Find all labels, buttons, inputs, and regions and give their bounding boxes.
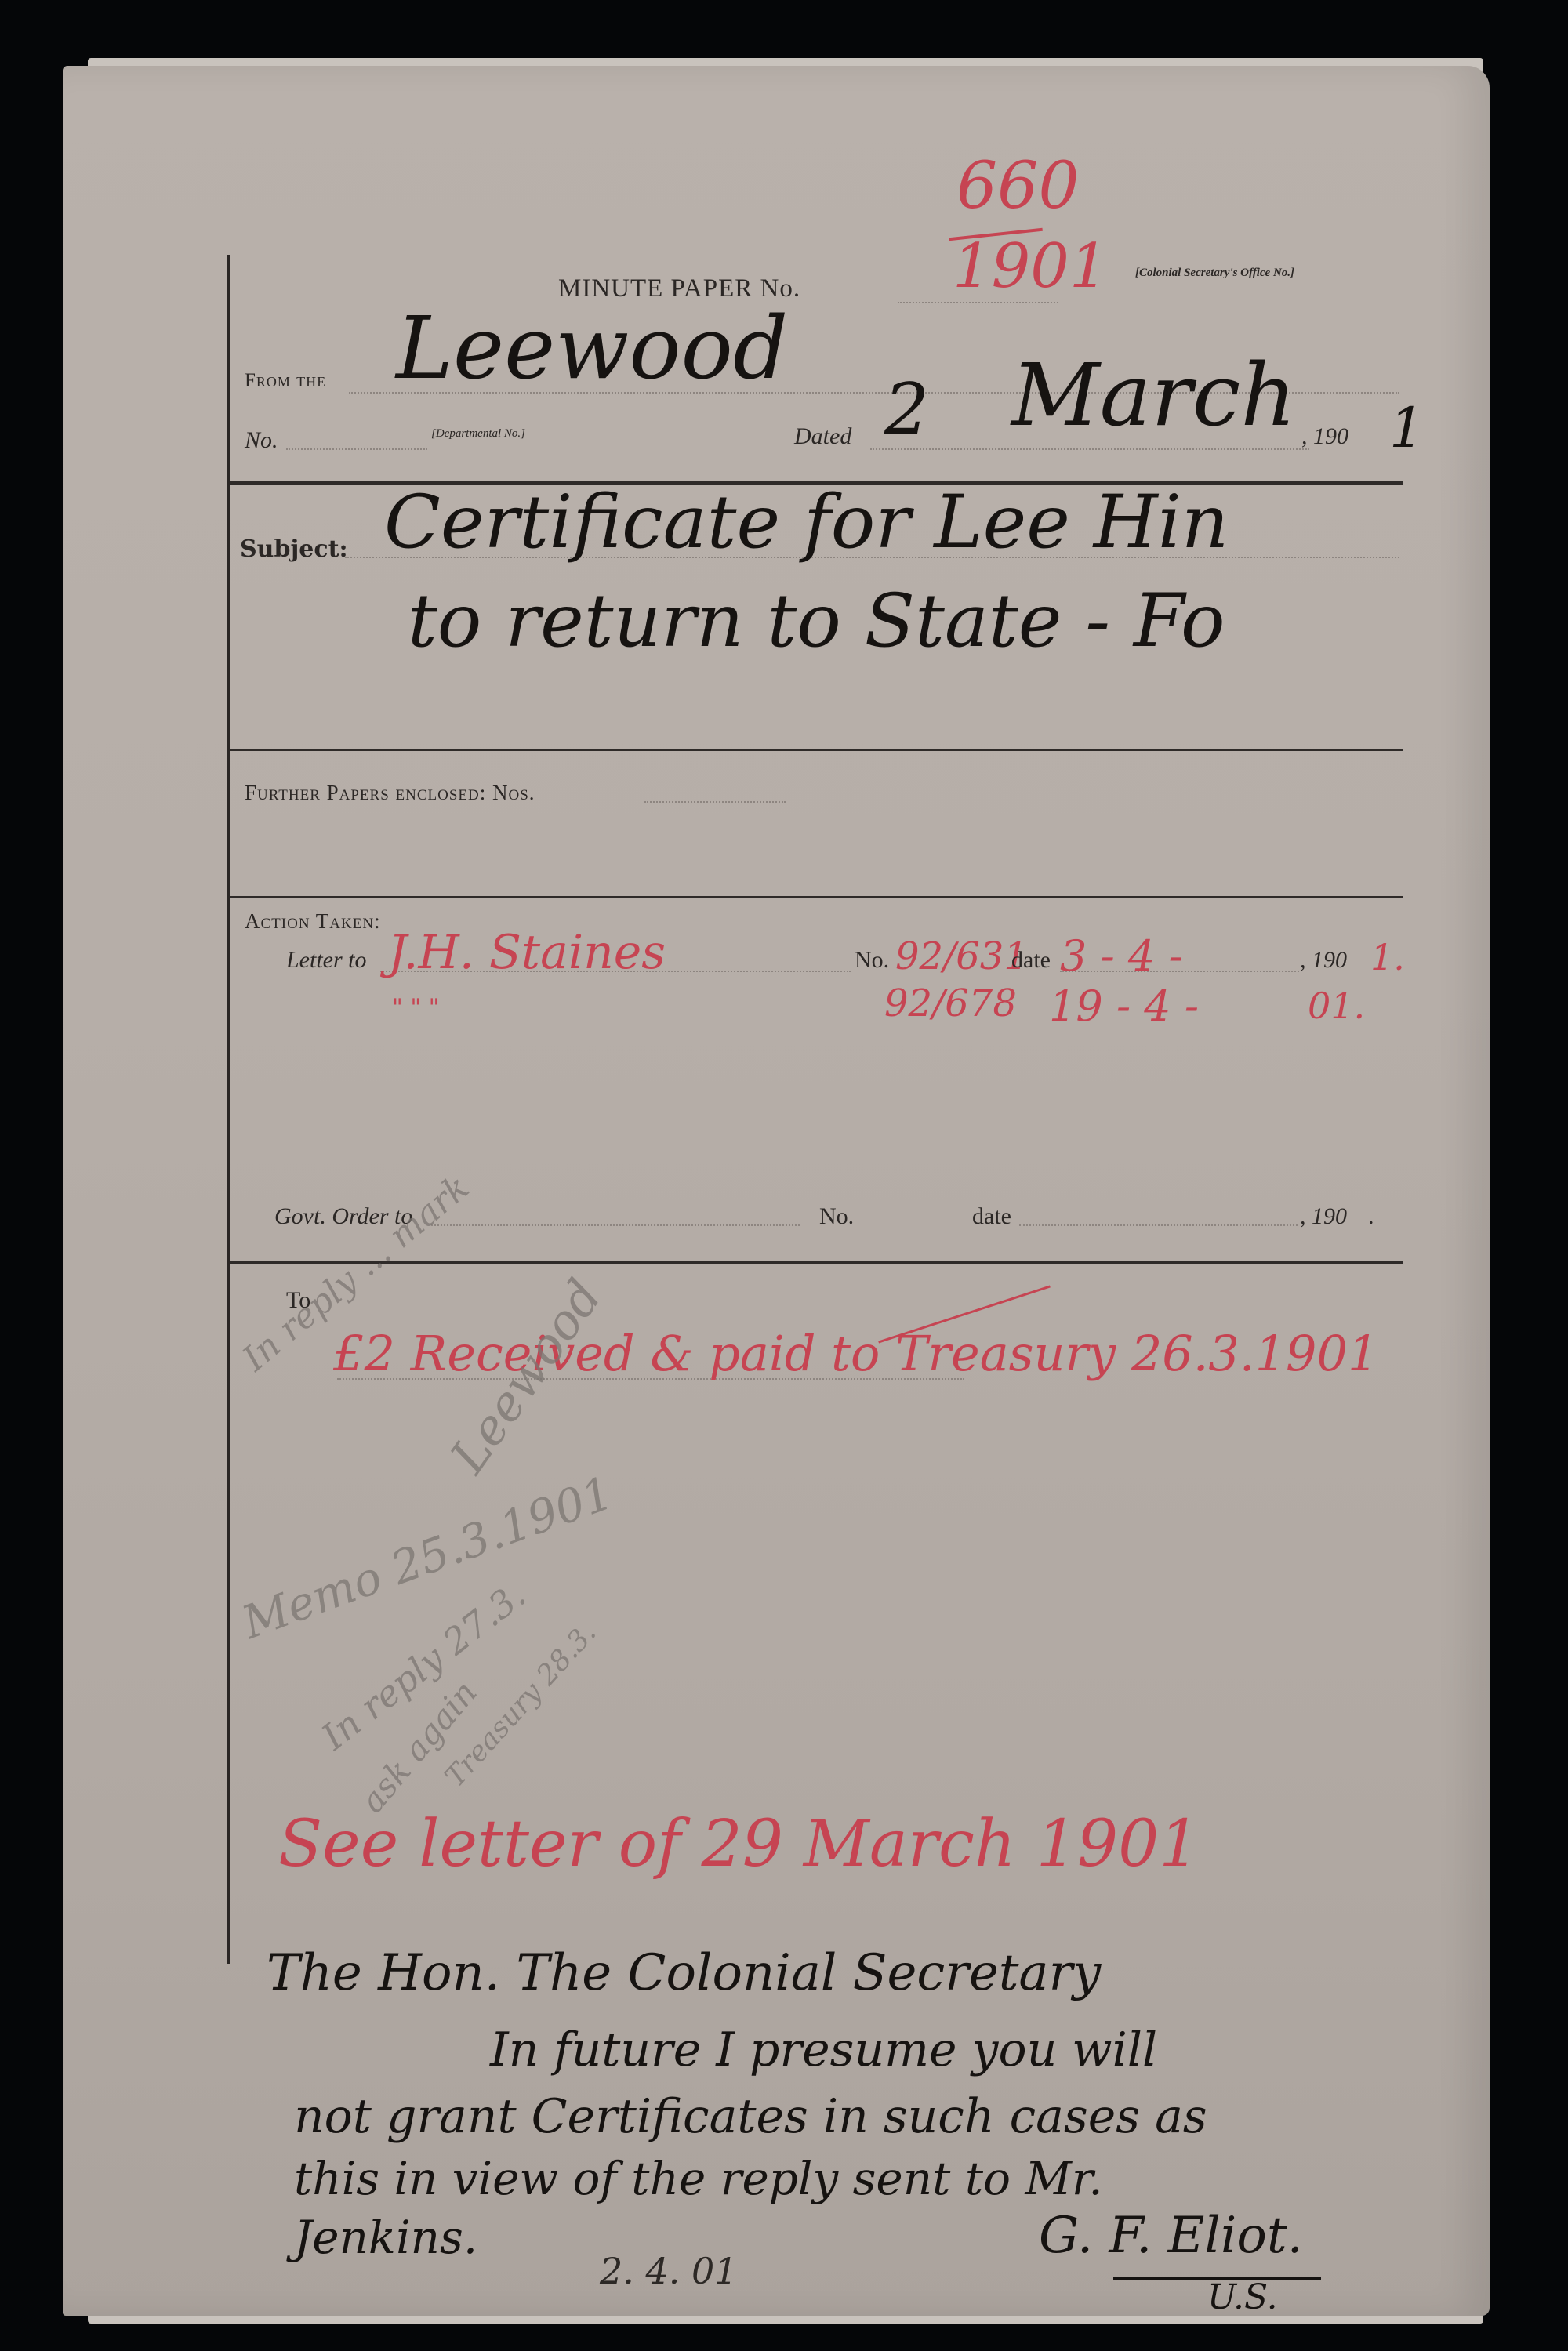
rule-after-subject: [230, 749, 1403, 751]
departmental-no-label: [Departmental No.]: [431, 427, 525, 441]
dated-month: March: [1011, 345, 1296, 445]
govt-date-label: date: [972, 1203, 1011, 1230]
subject-label: Subject:: [240, 535, 348, 563]
action-taken-label: Action Taken:: [245, 909, 381, 934]
letter-date-1: 3 - 4 -: [1060, 931, 1183, 981]
letter-year-2: 01.: [1308, 985, 1365, 1027]
dated-dotted-line: [870, 448, 1309, 450]
further-papers-dotted-line: [644, 801, 786, 803]
memo-line-1: In future I presume you will: [490, 2023, 1157, 2077]
from-label: From the: [245, 370, 326, 392]
letter-no-1: 92/631: [895, 934, 1028, 978]
memo-line-4: Jenkins.: [294, 2211, 477, 2264]
letter-date-label: date: [1011, 947, 1051, 974]
govt-no-label: No.: [819, 1203, 854, 1230]
govt-order-dotted-line: [431, 1224, 800, 1226]
letter-year-1: 1.: [1370, 936, 1405, 978]
letter-to-recipient-1: J.H. Staines: [388, 925, 666, 980]
govt-date-dotted-line: [1019, 1224, 1298, 1226]
year-prefix: , 190: [1301, 423, 1348, 450]
left-margin-rule: [227, 255, 230, 1964]
subject-line-2: to return to State - Fo: [408, 579, 1225, 664]
memo-salutation: The Hon. The Colonial Secretary: [267, 1944, 1101, 2002]
letter-no-2: 92/678: [884, 981, 1017, 1025]
see-letter-note: See letter of 29 March 1901: [278, 1807, 1200, 1881]
no-dotted-line: [286, 448, 427, 450]
govt-year-end: .: [1368, 1203, 1374, 1230]
year-suffix: 1: [1389, 396, 1425, 460]
from-value: Leewood: [396, 298, 788, 398]
minute-no-top: 660: [956, 149, 1080, 223]
letter-date-2: 19 - 4 -: [1049, 981, 1199, 1031]
minute-no-bottom: 1901: [953, 231, 1109, 302]
signature-title: U.S.: [1207, 2277, 1278, 2317]
memo-line-3: this in view of the reply sent to Mr.: [294, 2152, 1103, 2205]
memo-date: 2. 4. 01: [600, 2250, 738, 2292]
rule-after-further-papers: [230, 896, 1403, 898]
memo-signature: G. F. Eliot.: [1039, 2207, 1303, 2265]
treasury-receipt-note: £2 Received & paid to Treasury 26.3.1901: [333, 1325, 1378, 1382]
letter-year-prefix: , 190: [1300, 947, 1347, 974]
subject-line-1: Certificate for Lee Hin: [384, 480, 1229, 565]
letter-to-recipient-2-ditto: " " ": [392, 994, 439, 1021]
memo-line-2: not grant Certificates in such cases as: [294, 2089, 1207, 2144]
office-no-label: [Colonial Secretary's Office No.]: [1135, 267, 1294, 280]
letter-to-label: Letter to: [286, 947, 367, 974]
rule-after-action-taken: [230, 1261, 1403, 1264]
dated-day: 2: [884, 368, 929, 451]
govt-year-label: , 190: [1300, 1203, 1347, 1230]
minute-no-dotted-line: [898, 302, 1058, 303]
dated-label: Dated: [794, 423, 851, 450]
letter-no-label: No.: [855, 947, 889, 974]
further-papers-label: Further Papers enclosed: Nos.: [245, 781, 535, 805]
no-label: No.: [245, 427, 278, 454]
